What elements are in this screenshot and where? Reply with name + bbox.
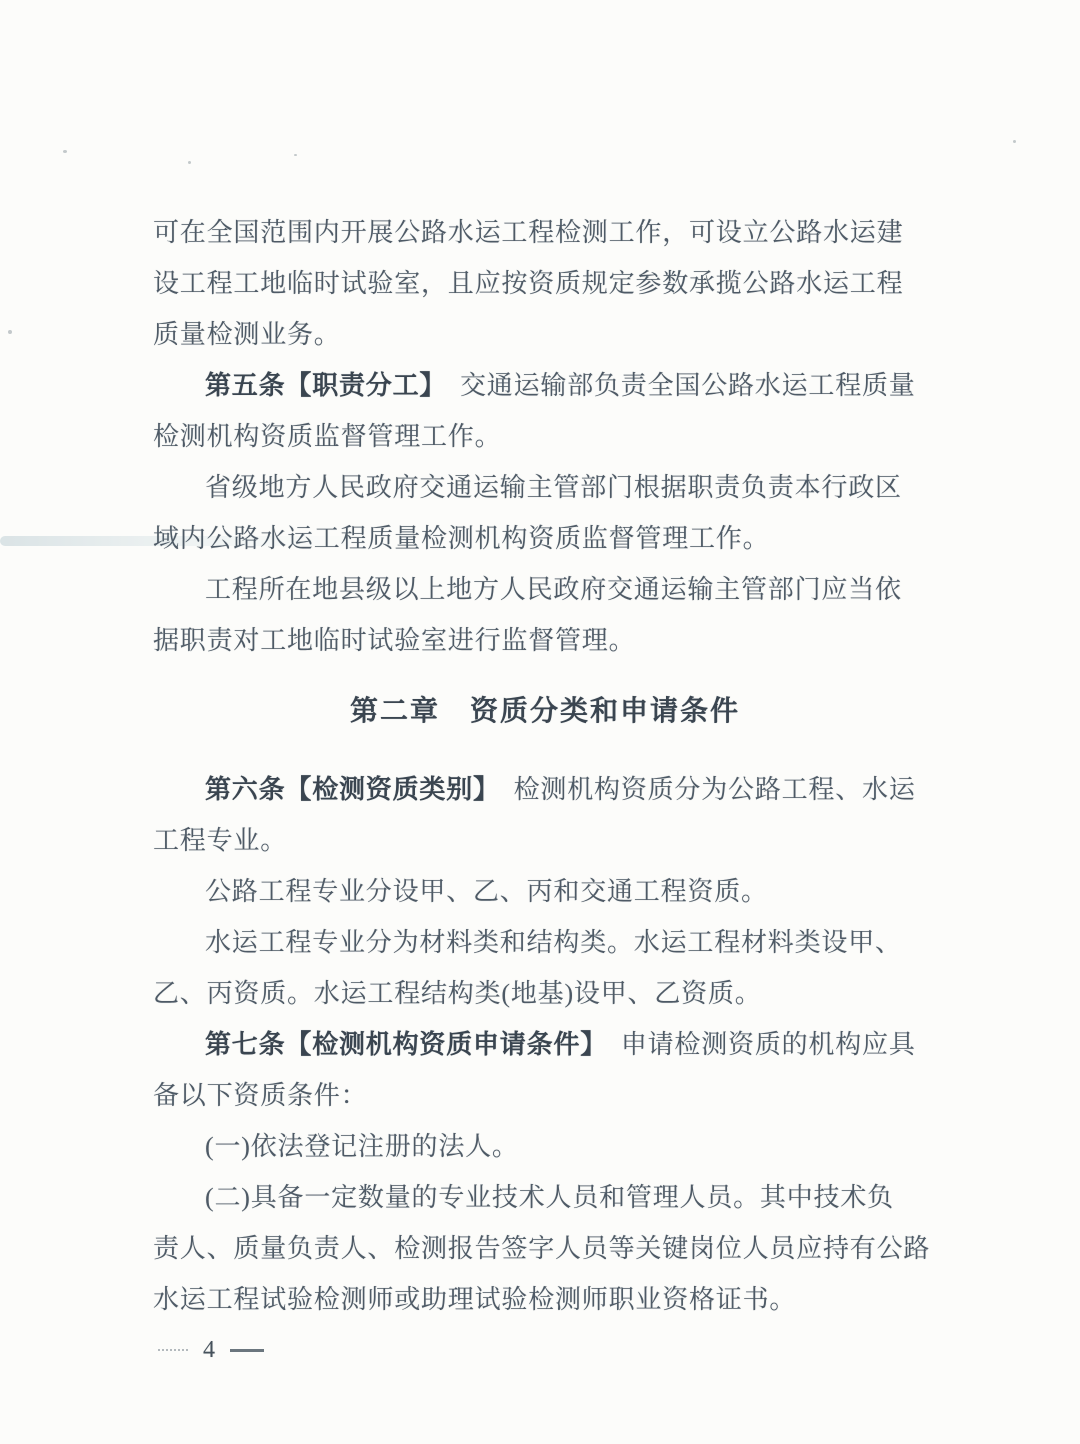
- document-body: 可在全国范围内开展公路水运工程检测工作，可设立公路水运建设工程工地临时试验室，且…: [153, 207, 937, 1325]
- text-line: 第七条【检测机构资质申请条件】 申请检测资质的机构应具: [153, 1019, 937, 1070]
- text-line: 域内公路水运工程质量检测机构资质监督管理工作。: [153, 513, 937, 564]
- text-segment: 检测机构资质分为公路工程、水运: [487, 775, 916, 804]
- text-line: 据职责对工地临时试验室进行监督管理。: [153, 615, 937, 666]
- scan-speck: [1013, 140, 1016, 143]
- text-segment: (一)依法登记注册的法人。: [205, 1132, 519, 1161]
- scan-speck: [63, 150, 67, 153]
- text-segment: 检测机构资质监督管理工作。: [153, 422, 501, 451]
- bold-text-segment: 第二章 资质分类和申请条件: [350, 696, 740, 727]
- text-line: (一)依法登记注册的法人。: [153, 1121, 937, 1172]
- text-segment: 工程所在地县级以上地方人民政府交通运输主管部门应当依: [205, 575, 902, 604]
- text-line: 乙、丙资质。水运工程结构类(地基)设甲、乙资质。: [153, 968, 937, 1019]
- footer-right-dash: [230, 1349, 264, 1352]
- text-line: 质量检测业务。: [153, 309, 937, 360]
- text-line: 设工程工地临时试验室，且应按资质规定参数承揽公路水运工程: [153, 258, 937, 309]
- scanned-document-page: 可在全国范围内开展公路水运工程检测工作，可设立公路水运建设工程工地临时试验室，且…: [0, 0, 1080, 1444]
- text-segment: 域内公路水运工程质量检测机构资质监督管理工作。: [153, 524, 769, 553]
- text-line: 工程专业。: [153, 815, 937, 866]
- text-segment: 质量检测业务。: [153, 320, 341, 349]
- text-line: 水运工程试验检测师或助理试验检测师职业资格证书。: [153, 1274, 937, 1325]
- scan-speck: [294, 154, 297, 156]
- text-segment: 可在全国范围内开展公路水运工程检测工作，可设立公路水运建: [153, 218, 903, 247]
- text-segment: 工程专业。: [153, 826, 287, 855]
- text-line: (二)具备一定数量的专业技术人员和管理人员。其中技术负: [153, 1172, 937, 1223]
- text-line: 第六条【检测资质类别】 检测机构资质分为公路工程、水运: [153, 764, 937, 815]
- text-line: 公路工程专业分设甲、乙、丙和交通工程资质。: [153, 866, 937, 917]
- page-number: 4: [203, 1338, 215, 1362]
- text-segment: 据职责对工地临时试验室进行监督管理。: [153, 626, 635, 655]
- page-footer: 4: [158, 1338, 264, 1362]
- text-segment: 公路工程专业分设甲、乙、丙和交通工程资质。: [205, 877, 768, 906]
- scan-speck: [188, 161, 191, 164]
- text-line: 省级地方人民政府交通运输主管部门根据职责负责本行政区: [153, 462, 937, 513]
- bold-text-segment: 第六条【检测资质类别】: [205, 775, 487, 804]
- text-line: 第五条【职责分工】 交通运输部负责全国公路水运工程质量: [153, 360, 937, 411]
- text-line: 水运工程专业分为材料类和结构类。水运工程材料类设甲、: [153, 917, 937, 968]
- text-segment: 设工程工地临时试验室，且应按资质规定参数承揽公路水运工程: [153, 269, 903, 298]
- scan-speck: [8, 330, 12, 334]
- text-line: 可在全国范围内开展公路水运工程检测工作，可设立公路水运建: [153, 207, 937, 258]
- text-segment: 责人、质量负责人、检测报告签字人员等关键岗位人员应持有公路: [153, 1234, 930, 1263]
- chapter-heading: 第二章 资质分类和申请条件: [153, 686, 937, 737]
- text-segment: (二)具备一定数量的专业技术人员和管理人员。其中技术负: [205, 1183, 894, 1212]
- text-segment: 水运工程试验检测师或助理试验检测师职业资格证书。: [153, 1285, 796, 1314]
- footer-left-dash: [158, 1349, 188, 1351]
- text-line: 备以下资质条件：: [153, 1070, 937, 1121]
- text-segment: 省级地方人民政府交通运输主管部门根据职责负责本行政区: [205, 473, 902, 502]
- text-segment: 水运工程专业分为材料类和结构类。水运工程材料类设甲、: [205, 928, 902, 957]
- text-line: 工程所在地县级以上地方人民政府交通运输主管部门应当依: [153, 564, 937, 615]
- text-segment: 备以下资质条件：: [153, 1081, 367, 1110]
- bold-text-segment: 第五条【职责分工】: [205, 371, 433, 400]
- text-line: 检测机构资质监督管理工作。: [153, 411, 937, 462]
- text-line: 责人、质量负责人、检测报告签字人员等关键岗位人员应持有公路: [153, 1223, 937, 1274]
- text-segment: 申请检测资质的机构应具: [594, 1030, 916, 1059]
- text-segment: 乙、丙资质。水运工程结构类(地基)设甲、乙资质。: [153, 979, 762, 1008]
- text-segment: 交通运输部负责全国公路水运工程质量: [433, 371, 915, 400]
- bold-text-segment: 第七条【检测机构资质申请条件】: [205, 1030, 594, 1059]
